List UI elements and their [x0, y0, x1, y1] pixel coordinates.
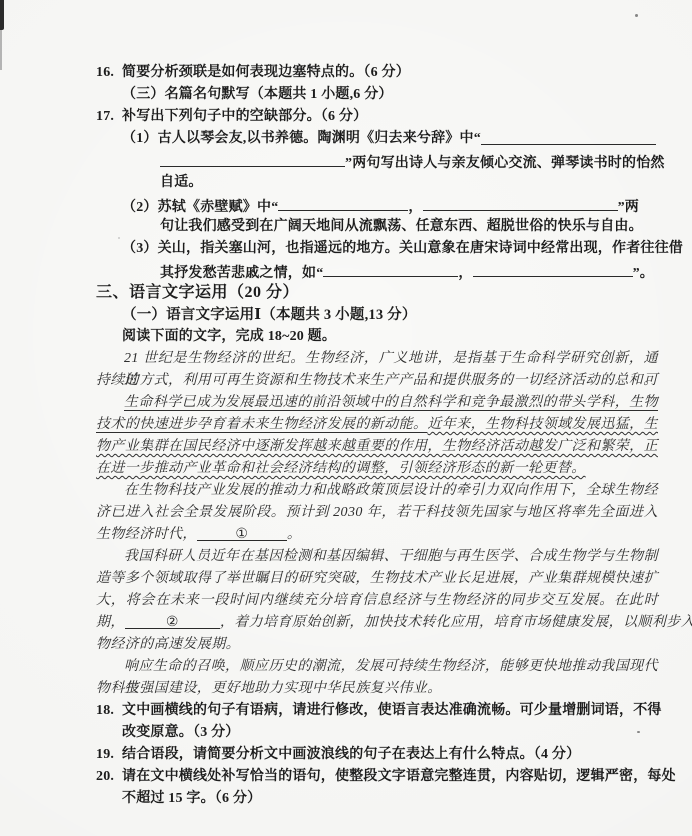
- q17-item1-line3: 自适。: [160, 172, 658, 194]
- section-language-subheader-text: （一）语言文字运用Ⅰ（本题共 3 小题,13 分）: [122, 307, 417, 323]
- section-dictation-header: （三）名篇名句默写（本题共 1 小题,6 分）: [122, 84, 658, 106]
- question-19-text: 结合语段，请简要分析文中画波浪线的句子在表达上有什么特点。（4 分）: [122, 747, 580, 762]
- answer-blank: [278, 194, 408, 211]
- reading-passage: 21 世纪是生物经济的世纪。生物经济，广义地讲，是指基于生命科学研究创新，通过可…: [96, 348, 658, 700]
- numbered-blank-1: ①: [197, 524, 287, 541]
- passage-p3-line1-text: 在生物科技产业发展的推动力和战略政策顶层设计的牵引力双向作用下，全球生物经: [124, 483, 658, 498]
- passage-intro-text: 阅读下面的文字，完成 18~20 题。: [122, 329, 336, 344]
- question-16-row: 16.简要分析颈联是如何表现边塞特点的。（6 分）: [96, 62, 658, 84]
- passage-p1-line2-text: 持续的方式，利用可再生资源和生物技术来生产产品和提供服务的一切经济活动的总和。: [96, 373, 658, 388]
- passage-p2-line4: 在进一步推动产业革命和社会经济结构的调整，引领经济形态的新一轮更替。: [96, 458, 658, 480]
- section-dictation-header-text: （三）名篇名句默写（本题共 1 小题,6 分）: [122, 87, 393, 102]
- passage-p3-line3-pre: 生物经济时代，: [96, 527, 197, 542]
- q17-item2-line1-post: ”两: [618, 200, 639, 215]
- passage-p5-line1: 响应生命的召唤，顺应历史的潮流，发展可持续生物经济，能够更快地推动我国现代生: [96, 656, 658, 678]
- question-16-number: 16.: [96, 62, 122, 84]
- answer-blank: [481, 128, 656, 145]
- q17-item1-line2: ”两句写出诗人与亲友倾心交流、弹琴读书时的怡然: [160, 150, 658, 172]
- passage-p1-line2: 持续的方式，利用可再生资源和生物技术来生产产品和提供服务的一切经济活动的总和。: [96, 370, 658, 392]
- passage-p4-line1: 我国科研人员近年在基因检测和基因编辑、干细胞与再生医学、合成生物学与生物制: [96, 546, 658, 568]
- passage-p2-line3: 物产业集群在国民经济中逐渐发挥越来越重要的作用，生物经济活动越发广泛和繁荣，正: [96, 436, 658, 458]
- q17-item3-line2-post: ”。: [633, 266, 654, 281]
- section-language-header: 三、语言文字运用（20 分）: [96, 282, 658, 304]
- question-17-text: 补写出下列句子中的空缺部分。（6 分）: [122, 109, 367, 124]
- q17-item1-line2-text: ”两句写出诗人与亲友倾心交流、弹琴读书时的怡然: [345, 156, 665, 171]
- q17-item3-line1-text: （3）关山，指关塞山河，也指遥远的地方。关山意象在唐宋诗词中经常出现，作者往往借: [122, 241, 683, 256]
- numbered-blank-2: ②: [125, 612, 220, 629]
- q17-item2-line2: 句让我们感受到在广阔天地间从流飘荡、任意东西、超脱世俗的快乐与自由。: [160, 216, 658, 238]
- section-language-header-text: 三、语言文字运用（20 分）: [96, 284, 299, 301]
- passage-p4-line5-text: 物经济的高速发展期。: [96, 637, 240, 652]
- underline-wavy-text: 在进一步推动产业革命和社会经济结构的调整，引领经济形态的新一轮更替。: [96, 461, 586, 476]
- question-18-line2: 改变原意。（3 分）: [122, 722, 658, 744]
- passage-p5-line2: 物科技强国建设，更好地助力实现中华民族复兴伟业。: [96, 678, 658, 700]
- passage-p4-line2: 造等多个领域取得了举世瞩目的研究突破，生物技术产业长足进展，产业集群规模快速扩: [96, 568, 658, 590]
- scan-speck: [637, 731, 640, 733]
- q17-item1-line1: （1）古人以琴会友,以书养德。陶渊明《归去来兮辞》中“: [122, 128, 658, 150]
- question-18-number: 18.: [96, 700, 122, 722]
- question-19-row: 19.结合语段，请简要分析文中画波浪线的句子在表达上有什么特点。（4 分）: [96, 744, 658, 766]
- passage-p4-line4-post: ，着力培育原始创新，加快技术转化应用，培育市场健康发展，以顺利步入生: [220, 615, 692, 630]
- passage-p4-line4-pre: 期，: [96, 615, 125, 630]
- q17-item2-line1-comma: ，: [408, 200, 422, 215]
- scan-speck: [420, 620, 422, 622]
- q17-item2-line1: （2）苏轼《赤壁赋》中“，”两: [122, 194, 658, 216]
- q17-item3-line2-comma: ，: [458, 266, 472, 281]
- passage-p4-line1-text: 我国科研人员近年在基因检测和基因编辑、干细胞与再生医学、合成生物学与生物制: [124, 549, 658, 564]
- answer-blank: [423, 194, 618, 211]
- question-17-row: 17.补写出下列句子中的空缺部分。（6 分）: [96, 106, 658, 128]
- passage-p3-line3-post: 。: [287, 527, 301, 542]
- passage-p3-line3: 生物经济时代，①。: [96, 524, 658, 546]
- answer-blank: [323, 260, 458, 277]
- q17-item3-line1: （3）关山，指关塞山河，也指遥远的地方。关山意象在唐宋诗词中经常出现，作者往往借: [122, 238, 658, 260]
- q17-item3-line2-pre: 其抒发愁苦悲戚之情，如“: [160, 266, 323, 281]
- q17-item1-line3-text: 自适。: [160, 175, 203, 190]
- scan-artifact-edge: [0, 30, 2, 70]
- underline-wavy-text: 近年来，生物科技领域发展迅猛，生: [427, 417, 658, 432]
- question-20-line2-text: 不超过 15 字。（6 分）: [122, 791, 261, 806]
- scan-speck: [118, 237, 120, 239]
- exam-page: 16.简要分析颈联是如何表现边塞特点的。（6 分） （三）名篇名句默写（本题共 …: [0, 0, 692, 836]
- question-20-line2: 不超过 15 字。（6 分）: [122, 788, 658, 810]
- scan-speck: [635, 14, 638, 17]
- question-17-number: 17.: [96, 106, 122, 128]
- underline-straight-text: 技术的快速进步孕育着未来生物经济发展的新动能。: [96, 417, 427, 432]
- q17-item1-line1-text: （1）古人以琴会友,以书养德。陶渊明《归去来兮辞》中“: [122, 128, 481, 150]
- passage-p3-line1: 在生物科技产业发展的推动力和战略政策顶层设计的牵引力双向作用下，全球生物经: [96, 480, 658, 502]
- question-18-line2-text: 改变原意。（3 分）: [122, 725, 240, 740]
- passage-p4-line3-text: 大，将会在未来一段时间内继续充分培育信息经济与生物经济的同步交互发展。在此时: [96, 593, 658, 608]
- passage-p4-line3: 大，将会在未来一段时间内继续充分培育信息经济与生物经济的同步交互发展。在此时: [96, 590, 658, 612]
- underline-straight-text: 生命科学已成为发展最迅速的前沿领域中的自然科学和竞争最激烈的带头学科，生物: [124, 395, 658, 410]
- question-18-line1: 文中画横线的句子有语病，请进行修改，使语言表达准确流畅。可少量增删词语，不得: [122, 703, 662, 718]
- passage-p3-line2: 济已进入社会全景发展阶段。预计到 2030 年，若干科技领先国家与地区将率先全面…: [96, 502, 658, 524]
- passage-p2-line1: 生命科学已成为发展最迅速的前沿领域中的自然科学和竞争最激烈的带头学科，生物: [96, 392, 658, 414]
- answer-blank: [473, 260, 633, 277]
- question-19-number: 19.: [96, 744, 122, 766]
- question-16-text: 简要分析颈联是如何表现边塞特点的。（6 分）: [122, 65, 410, 80]
- answer-blank: [160, 150, 345, 167]
- q17-item2-line2-text: 句让我们感受到在广阔天地间从流飘荡、任意东西、超脱世俗的快乐与自由。: [160, 219, 643, 234]
- passage-p4-line4: 期，②，着力培育原始创新，加快技术转化应用，培育市场健康发展，以顺利步入生: [96, 612, 658, 634]
- passage-p2-line2: 技术的快速进步孕育着未来生物经济发展的新动能。近年来，生物科技领域发展迅猛，生: [96, 414, 658, 436]
- scan-artifact-corner: [0, 0, 4, 30]
- passage-p5-line2-text: 物科技强国建设，更好地助力实现中华民族复兴伟业。: [96, 681, 442, 696]
- q17-item3-line2: 其抒发愁苦悲戚之情，如“，”。: [160, 260, 658, 282]
- section-language-subheader: （一）语言文字运用Ⅰ（本题共 3 小题,13 分）: [122, 304, 658, 326]
- passage-p4-line2-text: 造等多个领域取得了举世瞩目的研究突破，生物技术产业长足进展，产业集群规模快速扩: [96, 571, 658, 586]
- underline-wavy-text: 物产业集群在国民经济中逐渐发挥越来越重要的作用，生物经济活动越发广泛和繁荣，正: [96, 439, 658, 454]
- question-20-row: 20.请在文中横线处补写恰当的语句，使整段文字语意完整连贯，内容贴切，逻辑严密，…: [96, 766, 658, 788]
- passage-p1-line1: 21 世纪是生物经济的世纪。生物经济，广义地讲，是指基于生命科学研究创新，通过可: [96, 348, 658, 370]
- passage-p3-line2-text: 济已进入社会全景发展阶段。预计到 2030 年，若干科技领先国家与地区将率先全面…: [96, 505, 658, 520]
- question-20-number: 20.: [96, 766, 122, 788]
- q17-item2-line1-pre: （2）苏轼《赤壁赋》中“: [122, 200, 278, 215]
- question-20-line1: 请在文中横线处补写恰当的语句，使整段文字语意完整连贯，内容贴切，逻辑严密，每处: [122, 769, 676, 784]
- passage-p4-line5: 物经济的高速发展期。: [96, 634, 658, 656]
- question-18-row: 18.文中画横线的句子有语病，请进行修改，使语言表达准确流畅。可少量增删词语，不…: [96, 700, 658, 722]
- passage-intro-row: 阅读下面的文字，完成 18~20 题。: [122, 326, 658, 348]
